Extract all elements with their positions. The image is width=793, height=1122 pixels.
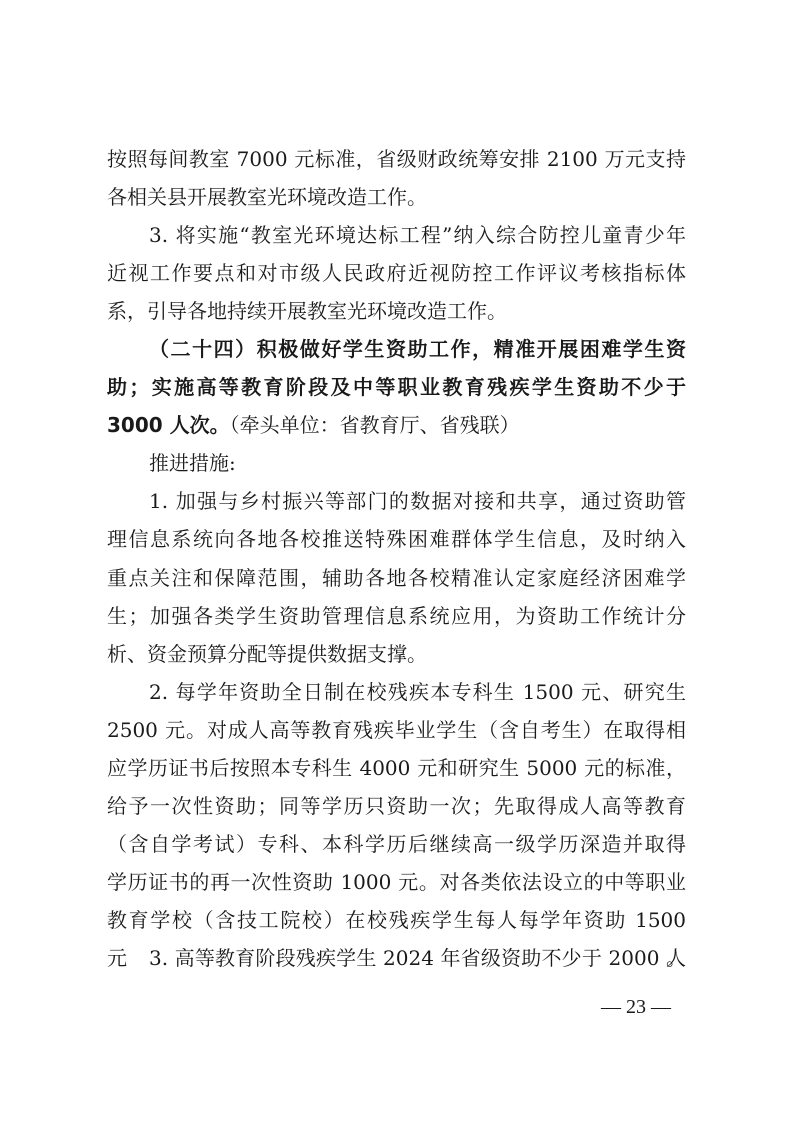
heading-line: （二十四）积极做好学生资助工作，精准开展困难学生资	[107, 330, 686, 368]
text-line: 推进措施:	[107, 444, 686, 482]
text-line: 析、资金预算分配等提供数据支撑。	[107, 635, 686, 673]
paragraph-measure-1: 1. 加强与乡村振兴等部门的数据对接和共享，通过资助管 理信息系统向各地各校推送…	[107, 482, 686, 672]
text-line: 1. 加强与乡村振兴等部门的数据对接和共享，通过资助管	[107, 482, 686, 520]
page-number: — 23 —	[596, 992, 676, 1022]
text-line: 学历证书的再一次性资助 1000 元。对各类依法设立的中等职业	[107, 863, 686, 901]
paragraph-measure-3: 3. 将实施“教室光环境达标工程”纳入综合防控儿童青少年 近视工作要点和对市级人…	[107, 216, 686, 330]
text-line: 各相关县开展教室光环境改造工作。	[107, 178, 686, 216]
text-line: 应学历证书后按照本专科生 4000 元和研究生 5000 元的标准，	[107, 749, 686, 787]
heading-text: 3000 人次。	[107, 413, 230, 437]
text-line: 理信息系统向各地各校推送特殊困难群体学生信息，及时纳入	[107, 520, 686, 558]
text-line: （含自学考试）专科、本科学历后继续高一级学历深造并取得	[107, 825, 686, 863]
text-line: 生；加强各类学生资助管理信息系统应用，为资助工作统计分	[107, 597, 686, 635]
text-line: 重点关注和保障范围，辅助各地各校精准认定家庭经济困难学	[107, 559, 686, 597]
text-line: 教育学校（含技工院校）在校残疾学生每人每学年资助 1500 元。	[107, 901, 686, 939]
text-line: 近视工作要点和对市级人民政府近视防控工作评议考核指标体	[107, 254, 686, 292]
paragraph-funding-continuation: 按照每间教室 7000 元标准，省级财政统筹安排 2100 万元支持 各相关县开…	[107, 140, 686, 216]
section-heading-24: （二十四）积极做好学生资助工作，精准开展困难学生资 助；实施高等教育阶段及中等职…	[107, 330, 686, 444]
lead-unit-note: （牵头单位：省教育厅、省残联）	[230, 413, 520, 437]
paragraph-measure-3-support: 3. 高等教育阶段残疾学生 2024 年省级资助不少于 2000 人	[107, 939, 686, 977]
heading-line: 3000 人次。（牵头单位：省教育厅、省残联）	[107, 406, 686, 444]
text-line: 3. 高等教育阶段残疾学生 2024 年省级资助不少于 2000 人	[107, 939, 686, 977]
text-line: 系，引导各地持续开展教室光环境改造工作。	[107, 292, 686, 330]
text-line: 按照每间教室 7000 元标准，省级财政统筹安排 2100 万元支持	[107, 140, 686, 178]
text-line: 3. 将实施“教室光环境达标工程”纳入综合防控儿童青少年	[107, 216, 686, 254]
document-body: 按照每间教室 7000 元标准，省级财政统筹安排 2100 万元支持 各相关县开…	[107, 140, 686, 977]
heading-line: 助；实施高等教育阶段及中等职业教育残疾学生资助不少于	[107, 368, 686, 406]
text-line: 2. 每学年资助全日制在校残疾本专科生 1500 元、研究生	[107, 673, 686, 711]
text-line: 给予一次性资助；同等学历只资助一次；先取得成人高等教育	[107, 787, 686, 825]
text-line: 2500 元。对成人高等教育残疾毕业学生（含自考生）在取得相	[107, 711, 686, 749]
measures-label: 推进措施:	[107, 444, 686, 482]
paragraph-measure-2: 2. 每学年资助全日制在校残疾本专科生 1500 元、研究生 2500 元。对成…	[107, 673, 686, 939]
document-page: 按照每间教室 7000 元标准，省级财政统筹安排 2100 万元支持 各相关县开…	[0, 0, 793, 1122]
